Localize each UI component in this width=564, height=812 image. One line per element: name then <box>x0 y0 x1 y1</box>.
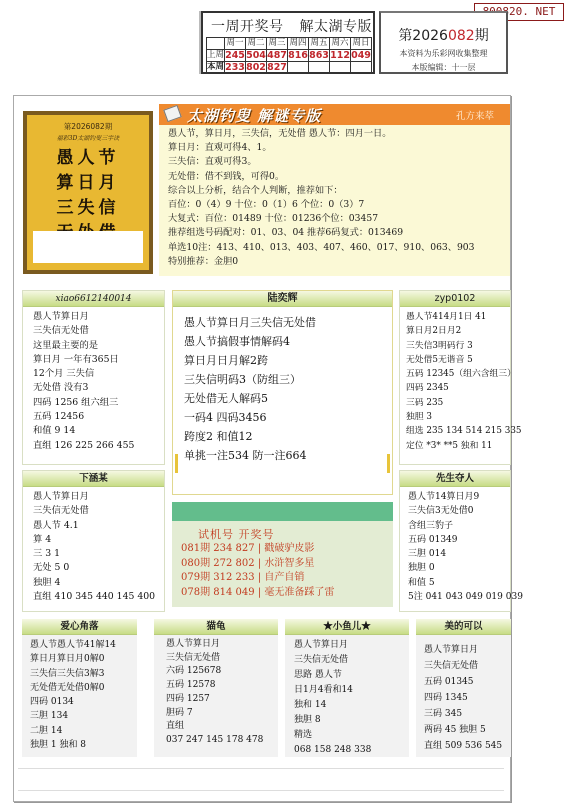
box-body: 愚人节算日月三失信无处借 愚人节搞假事情解码4 算日月日月解2跨 三失信明码3（… <box>173 307 392 465</box>
box-line: 五码 01349 <box>408 533 510 547</box>
issue-suffix: 期 <box>475 28 489 44</box>
box-line: 愚人节算日月 <box>424 642 511 658</box>
poster-issue: 第2026082期 <box>27 121 149 132</box>
day-header: 周一 <box>225 38 246 50</box>
box-line: 六码 125678 <box>166 665 278 679</box>
day-header: 周二 <box>246 38 267 50</box>
forum-box-xiansheng: 先生夺人 愚人节14算日月9 三失信3无处借0 含组三豹子 五码 01349 三… <box>399 470 511 612</box>
taihu-analysis-panel: 太湖钓叟 解谜专版 孔方来萃 愚人节，算日月，三失信，无处借 愚人节：四月一日。… <box>159 104 510 276</box>
box-line: 独胆 8 <box>294 713 409 728</box>
box-line: 直组 <box>166 720 278 734</box>
box-line: 三失信三失信3解3 <box>30 667 137 681</box>
table-row: 上周 245 504 487 816 863 112 049 <box>207 50 372 62</box>
divider <box>18 768 504 769</box>
box-line: 这里最主要的是 <box>33 339 164 353</box>
box-line: 五码 12345（组六含组三） <box>406 367 510 381</box>
box-line: 四码 1345 <box>424 690 511 706</box>
forum-box-xiao: xiao6612140014 愚人节算日月 三失信无处借 这里最主要的是 算日月… <box>22 290 165 465</box>
box-body: 愚人节算日月 三失信无处借 这里最主要的是 算日月 一年有365日 12个月 三… <box>23 307 164 453</box>
analysis-line: 愚人节，算日月，三失信，无处借 愚人节：四月一日。 <box>168 127 510 141</box>
box-line: 五码 12578 <box>166 679 278 693</box>
box-title: ★小鱼儿★ <box>285 619 409 635</box>
forum-box-meide: 美的可以 愚人节算日月 三失信无处借 五码 01345 四码 1345 三码 3… <box>416 619 511 757</box>
box-line: 三胆 014 <box>408 547 510 561</box>
day-header: 周三 <box>267 38 288 50</box>
draw-number: 827 <box>267 62 288 74</box>
draw-number: 504 <box>246 50 267 62</box>
book-icon <box>163 105 182 122</box>
box-title: zyp0102 <box>400 291 510 307</box>
box-line: 直组 126 225 266 455 <box>33 439 164 453</box>
box-body: 愚人节算日月 三失信无处借 愚人节 4.1 算 4 三 3 1 无处 5 0 独… <box>23 487 164 604</box>
box-line: 12个月 三失信 <box>33 367 164 381</box>
box-line: 算日月2日月2 <box>406 324 510 338</box>
box-line: 无处 5 0 <box>33 561 164 575</box>
box-line: 算 4 <box>33 533 164 547</box>
box-line: 无处借 没有3 <box>33 381 164 395</box>
box-body: 愚人节算日月 三失信无处借 思路 愚人节 日1月4看和14 独和 14 独胆 8… <box>285 635 409 758</box>
box-line: 愚人节算日月 <box>166 638 278 652</box>
box-line: 跨度2 和值12 <box>184 427 392 446</box>
forum-box-center: 陆奕辉 愚人节算日月三失信无处借 愚人节搞假事情解码4 算日月日月解2跨 三失信… <box>172 290 393 495</box>
analysis-line: 算日月：直观可得4、1。 <box>168 141 510 155</box>
box-line: 含组三豹子 <box>408 519 510 533</box>
source-note: 本资料为乐彩网收集整理 <box>381 48 506 59</box>
issue-title: 第2026082期 <box>381 25 506 45</box>
box-line: 三失信明码3（防组三） <box>184 370 392 389</box>
box-body: 愚人节14算日月9 三失信3无处借0 含组三豹子 五码 01349 三胆 014… <box>400 487 510 604</box>
draw-number: 245 <box>225 50 246 62</box>
draw-number <box>330 62 351 74</box>
trial-draw-box: 试机号 开奖号 081期 234 827 | 戳破驴皮影 080期 272 80… <box>172 502 393 607</box>
box-body: 愚人节算日月 三失信无处借 六码 125678 五码 12578 四码 1257… <box>154 635 278 748</box>
box-line: 五码 12456 <box>33 410 164 424</box>
box-title: 美的可以 <box>416 619 511 635</box>
box-line: 无处借无处借0解0 <box>30 681 137 695</box>
forum-box-xiaoyu: ★小鱼儿★ 愚人节算日月 三失信无处借 思路 愚人节 日1月4看和14 独和 1… <box>285 619 409 757</box>
box-line: 三失信无处借 <box>424 658 511 674</box>
riddle-poster: 第2026082期 福彩3D太湖钓叟三字诀 愚人节 算日月 三失信 无处借 <box>23 111 153 274</box>
draw-number: 816 <box>288 50 309 62</box>
box-line: 日1月4看和14 <box>294 683 409 698</box>
weekly-draw-table: 周一 周二 周三 周四 周五 周六 周日 上周 245 504 487 816 … <box>206 37 372 74</box>
trial-row: 079期 312 233 | 自产自销 <box>172 571 393 586</box>
box-title: 下涵某 <box>23 471 164 487</box>
box-line: 三失信无处借 <box>166 652 278 666</box>
row-label: 上周 <box>207 50 225 62</box>
analysis-line: 三失信：直观可得3。 <box>168 155 510 169</box>
box-title: xiao6612140014 <box>23 291 164 307</box>
draw-number: 112 <box>330 50 351 62</box>
issue-number: 082 <box>448 28 475 44</box>
box-line: 三失信3明码行 3 <box>406 339 510 353</box>
box-line: 单挑一注534 防一注664 <box>184 446 392 465</box>
box-line: 算日月日月解2跨 <box>184 351 392 370</box>
box-line: 定位 *3* **5 独和 11 <box>406 439 510 453</box>
taihu-panel-header: 太湖钓叟 解谜专版 孔方来萃 <box>159 104 510 125</box>
box-line: 算日月 一年有365日 <box>33 353 164 367</box>
box-line: 愚人节愚人节41解14 <box>30 638 137 652</box>
box-line: 四码 2345 <box>406 381 510 395</box>
analysis-line: 特别推荐：金胆0 <box>168 255 510 269</box>
editor-note: 本版编辑：十一层 <box>381 62 506 73</box>
box-line: 独胆 3 <box>406 410 510 424</box>
box-body: 愚人节414月1日 41 算日月2日月2 三失信3明码行 3 无处借5无谐音 5… <box>400 307 510 453</box>
forum-box-aixin: 爱心角落 愚人节愚人节41解14 算日月算日月0解0 三失信三失信3解3 无处借… <box>22 619 137 757</box>
draw-number <box>351 62 372 74</box>
draw-number: 049 <box>351 50 372 62</box>
draw-number: 863 <box>309 50 330 62</box>
box-line: 三失信无处借 <box>294 653 409 668</box>
panel-title: 太湖钓叟 解谜专版 <box>187 105 321 126</box>
draw-number <box>288 62 309 74</box>
corner-cell <box>207 38 225 50</box>
box-line: 愚人节414月1日 41 <box>406 310 510 324</box>
box-line: 愚人节算日月三失信无处借 <box>184 313 392 332</box>
riddle-line: 三失信 <box>27 196 149 221</box>
riddle-line: 算日月 <box>27 171 149 196</box>
draw-number: 802 <box>246 62 267 74</box>
decorative-bar <box>387 454 390 473</box>
box-line: 5注 041 043 049 019 039 <box>408 590 510 604</box>
box-line: 和值 9 14 <box>33 424 164 438</box>
box-line: 独和 14 <box>294 698 409 713</box>
row-label: 本周 <box>207 62 225 74</box>
analysis-line: 单选10注：413、410、013、403、407、460、017、910、06… <box>168 241 510 255</box>
box-line: 独胆 0 <box>408 561 510 575</box>
box-line: 三码 345 <box>424 706 511 722</box>
poster-subtitle: 福彩3D太湖钓叟三字诀 <box>27 133 149 142</box>
box-line: 二胆 14 <box>30 724 137 738</box>
analysis-line: 百位：0（4）9 十位：0（1）6 个位：0（3）7 <box>168 198 510 212</box>
box-title: 陆奕辉 <box>173 291 392 307</box>
box-line: 愚人节 4.1 <box>33 519 164 533</box>
trial-title: 试机号 开奖号 <box>198 526 393 542</box>
trial-row: 080期 272 802 | 水浒智多星 <box>172 557 393 572</box>
box-title: 先生夺人 <box>400 471 510 487</box>
box-line: 037 247 145 178 478 <box>166 734 278 748</box>
box-body: 愚人节算日月 三失信无处借 五码 01345 四码 1345 三码 345 两码… <box>416 635 511 754</box>
box-line: 三失信无处借 <box>33 324 164 338</box>
analysis-line: 综合以上分析，结合个人判断，推荐如下： <box>168 184 510 198</box>
draw-number <box>309 62 330 74</box>
table-row: 本周 233 802 827 <box>207 62 372 74</box>
box-line: 四码 0134 <box>30 695 137 709</box>
poster-blank-area <box>33 231 143 263</box>
box-line: 愚人节14算日月9 <box>408 490 510 504</box>
box-line: 精选 <box>294 728 409 743</box>
box-line: 愚人节算日月 <box>33 310 164 324</box>
analysis-line: 推荐组选号码配对：01、03、04 推荐6码复式：013469 <box>168 226 510 240</box>
box-line: 独胆 1 独和 8 <box>30 738 137 752</box>
day-header: 周五 <box>309 38 330 50</box>
box-body: 愚人节愚人节41解14 算日月算日月0解0 三失信三失信3解3 无处借无处借0解… <box>22 635 137 752</box>
box-line: 四码 1256 组六组三 <box>33 396 164 410</box>
box-line: 和值 5 <box>408 576 510 590</box>
trial-row: 081期 234 827 | 戳破驴皮影 <box>172 542 393 557</box>
box-line: 组选 235 134 514 215 335 <box>406 424 510 438</box>
box-line: 愚人节算日月 <box>294 638 409 653</box>
box-line: 无处借无人解码5 <box>184 389 392 408</box>
box-line: 三胆 134 <box>30 709 137 723</box>
box-line: 四码 1257 <box>166 693 278 707</box>
day-header: 周四 <box>288 38 309 50</box>
box-line: 三失信3无处借0 <box>408 504 510 518</box>
box-line: 三码 235 <box>406 396 510 410</box>
box-line: 三 3 1 <box>33 547 164 561</box>
box-line: 算日月算日月0解0 <box>30 652 137 666</box>
issue-info-box: 第2026082期 本资料为乐彩网收集整理 本版编辑：十一层 <box>379 11 508 74</box>
box-line: 三失信无处借 <box>33 504 164 518</box>
box-line: 068 158 248 338 <box>294 743 409 758</box>
box-line: 直组 410 345 440 145 400 <box>33 590 164 604</box>
box-title: 猫龟 <box>154 619 278 635</box>
day-header: 周日 <box>351 38 372 50</box>
decorative-bar <box>175 454 178 473</box>
draw-number: 487 <box>267 50 288 62</box>
box-line: 愚人节算日月 <box>33 490 164 504</box>
box-line: 愚人节搞假事情解码4 <box>184 332 392 351</box>
box-line: 五码 01345 <box>424 674 511 690</box>
box-line: 直组 509 536 545 <box>424 738 511 754</box>
draw-number: 233 <box>225 62 246 74</box>
forum-box-zyp: zyp0102 愚人节414月1日 41 算日月2日月2 三失信3明码行 3 无… <box>399 290 511 465</box>
table-header-row: 周一 周二 周三 周四 周五 周六 周日 <box>207 38 372 50</box>
box-line: 一码4 四码3456 <box>184 408 392 427</box>
trial-row: 078期 814 049 | 毫无准备踩了雷 <box>172 586 393 601</box>
box-line: 独胆 4 <box>33 576 164 590</box>
analysis-line: 大复式：百位：01489 十位：01236个位：03457 <box>168 212 510 226</box>
forum-box-maogui: 猫龟 愚人节算日月 三失信无处借 六码 125678 五码 12578 四码 1… <box>154 619 278 757</box>
taihu-panel-body: 愚人节，算日月，三失信，无处借 愚人节：四月一日。 算日月：直观可得4、1。 三… <box>159 125 510 269</box>
trial-header-bar <box>172 502 393 521</box>
title-right: 解太湖专版 <box>300 19 373 35</box>
box-line: 无处借5无谐音 5 <box>406 353 510 367</box>
title-left: 一周开奖号 <box>211 19 284 35</box>
analysis-line: 无处借：借不到钱，可得0。 <box>168 170 510 184</box>
forum-box-xiahan: 下涵某 愚人节算日月 三失信无处借 愚人节 4.1 算 4 三 3 1 无处 5… <box>22 470 165 612</box>
issue-prefix: 第2026 <box>398 28 448 44</box>
box-line: 两码 45 独胆 5 <box>424 722 511 738</box>
weekly-draw-table-box: 一周开奖号解太湖专版 周一 周二 周三 周四 周五 周六 周日 上周 245 5… <box>201 11 375 74</box>
weekly-draw-title: 一周开奖号解太湖专版 <box>203 13 373 35</box>
panel-author: 孔方来萃 <box>456 108 494 122</box>
divider <box>18 790 504 791</box>
box-line: 思路 愚人节 <box>294 668 409 683</box>
box-title: 爱心角落 <box>22 619 137 635</box>
day-header: 周六 <box>330 38 351 50</box>
riddle-line: 愚人节 <box>27 146 149 171</box>
box-line: 胆码 7 <box>166 707 278 721</box>
